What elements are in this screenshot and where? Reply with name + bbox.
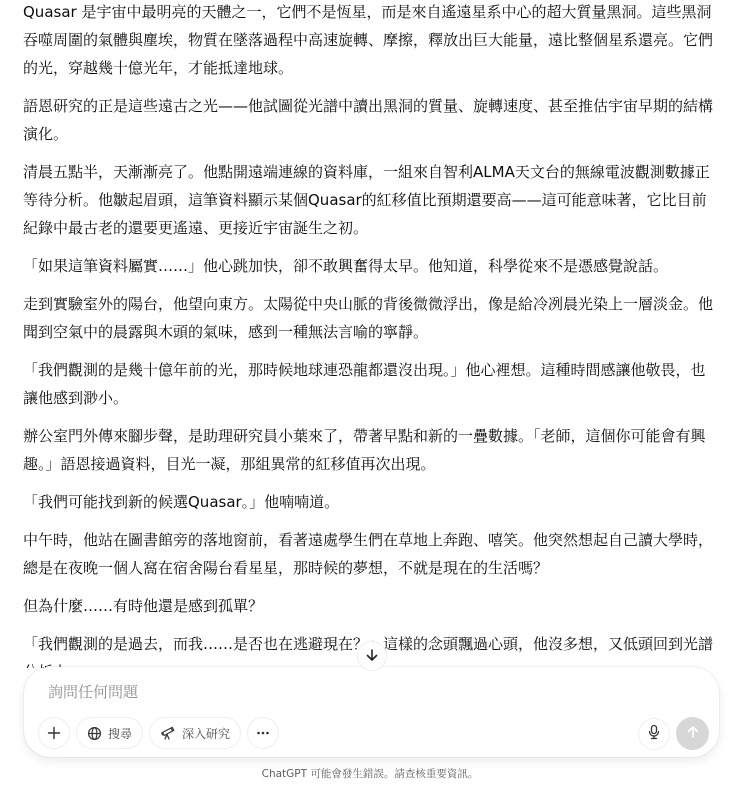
globe-icon bbox=[87, 726, 102, 741]
message-paragraph: 「我們觀測的是幾十億年前的光，那時候地球連恐龍都還沒出現。」他心裡想。這種時間感… bbox=[23, 356, 718, 412]
more-tools-button[interactable] bbox=[247, 717, 279, 749]
dictate-button[interactable] bbox=[638, 718, 670, 750]
scroll-to-bottom-button[interactable] bbox=[357, 641, 387, 671]
search-button[interactable]: 搜尋 bbox=[76, 717, 143, 749]
assistant-message: Quasar 是宇宙中最明亮的天體之一，它們不是恆星，而是來自遙遠星系中心的超大… bbox=[23, 0, 718, 668]
message-paragraph: 中午時，他站在圖書館旁的落地窗前，看著遠處學生們在草地上奔跑、嘻笑。他突然想起自… bbox=[23, 526, 718, 582]
arrow-up-icon bbox=[686, 725, 700, 742]
composer-actions bbox=[638, 717, 709, 750]
telescope-icon bbox=[160, 725, 176, 741]
message-paragraph: 走到實驗室外的陽台，他望向東方。太陽從中央山脈的背後微微浮出，像是給冷冽晨光染上… bbox=[23, 290, 718, 346]
message-paragraph: 「如果這筆資料屬實……」他心跳加快，卻不敢興奮得太早。他知道，科學從來不是憑感覺… bbox=[23, 252, 718, 280]
chat-page: Quasar 是宇宙中最明亮的天體之一，它們不是恆星，而是來自遙遠星系中心的超大… bbox=[0, 0, 740, 786]
message-paragraph: 語恩研究的正是這些遠古之光——他試圖從光譜中讀出黑洞的質量、旋轉速度、甚至推估宇… bbox=[23, 92, 718, 148]
disclaimer: ChatGPT 可能會發生錯誤。請查核重要資訊。 bbox=[0, 766, 740, 782]
message-paragraph: Quasar 是宇宙中最明亮的天體之一，它們不是恆星，而是來自遙遠星系中心的超大… bbox=[23, 0, 718, 82]
message-paragraph: 辦公室門外傳來腳步聲，是助理研究員小葉來了，帶著早點和新的一疊數據。「老師，這個… bbox=[23, 422, 718, 478]
plus-icon bbox=[46, 725, 62, 741]
message-paragraph: 但為什麼……有時他還是感到孤單？ bbox=[23, 592, 718, 620]
composer-tools: 搜尋 深入研究 bbox=[38, 717, 279, 749]
message-paragraph: 「我們可能找到新的候選Quasar。」他喃喃道。 bbox=[23, 488, 718, 516]
prompt-input[interactable] bbox=[48, 680, 648, 704]
search-button-label: 搜尋 bbox=[108, 725, 132, 742]
composer: 搜尋 深入研究 bbox=[24, 667, 719, 757]
deep-research-button[interactable]: 深入研究 bbox=[149, 717, 241, 749]
attach-button[interactable] bbox=[38, 717, 70, 749]
send-button[interactable] bbox=[676, 717, 709, 750]
arrow-down-icon bbox=[365, 648, 379, 665]
more-icon bbox=[255, 725, 271, 741]
conversation-thread: Quasar 是宇宙中最明亮的天體之一，它們不是恆星，而是來自遙遠星系中心的超大… bbox=[0, 0, 740, 668]
deep-research-button-label: 深入研究 bbox=[182, 725, 230, 742]
microphone-icon bbox=[647, 724, 661, 743]
message-paragraph: 清晨五點半，天漸漸亮了。他點開遠端連線的資料庫，一組來自智利ALMA天文台的無線… bbox=[23, 158, 718, 242]
